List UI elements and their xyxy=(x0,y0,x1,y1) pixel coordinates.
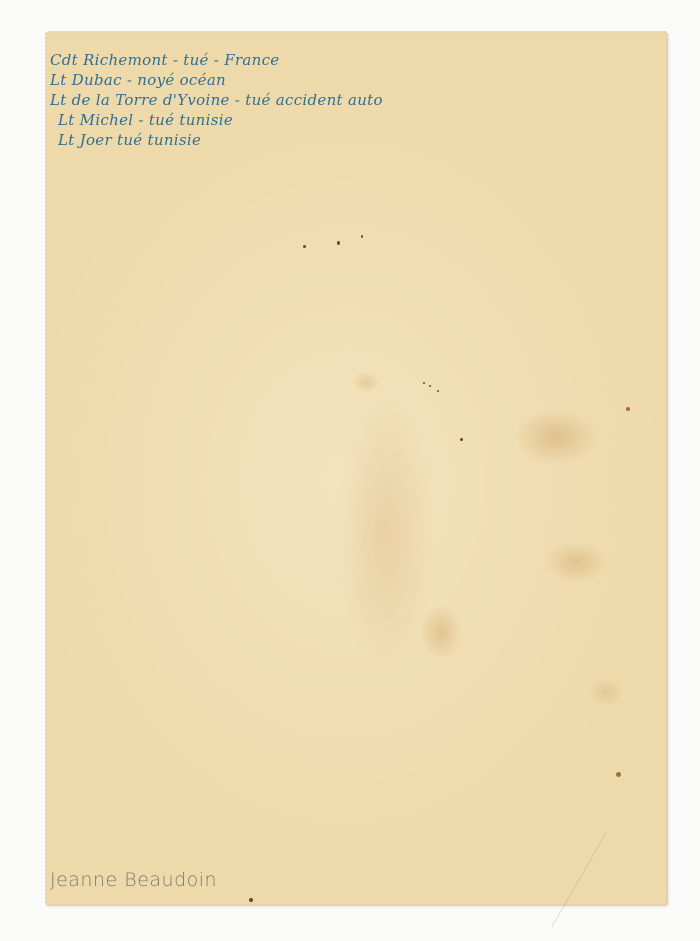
note-line-2: Lt Dubac - noyé océan xyxy=(50,70,383,90)
note-line-5: Lt Joer tué tunisie xyxy=(50,130,383,150)
signature: Jeanne Beaudoin xyxy=(50,869,217,891)
stain-spot xyxy=(361,235,363,238)
stain-spot xyxy=(337,241,340,245)
paper-crease xyxy=(551,832,607,928)
stain-spot xyxy=(423,382,425,384)
handwritten-notes: Cdt Richemont - tué - France Lt Dubac - … xyxy=(50,50,383,150)
stain-spot xyxy=(249,898,253,902)
note-line-3: Lt de la Torre d'Yvoine - tué accident a… xyxy=(50,90,383,110)
stain-spot xyxy=(429,385,431,387)
note-line-1: Cdt Richemont - tué - France xyxy=(50,50,383,70)
stain-spot xyxy=(460,438,463,441)
note-line-4: Lt Michel - tué tunisie xyxy=(50,110,383,130)
stain-spot xyxy=(616,772,621,777)
stain-spot xyxy=(303,245,306,248)
stain-spot xyxy=(626,407,630,411)
stain-spot xyxy=(437,390,439,392)
photo-card-back: Cdt Richemont - tué - France Lt Dubac - … xyxy=(46,32,667,905)
